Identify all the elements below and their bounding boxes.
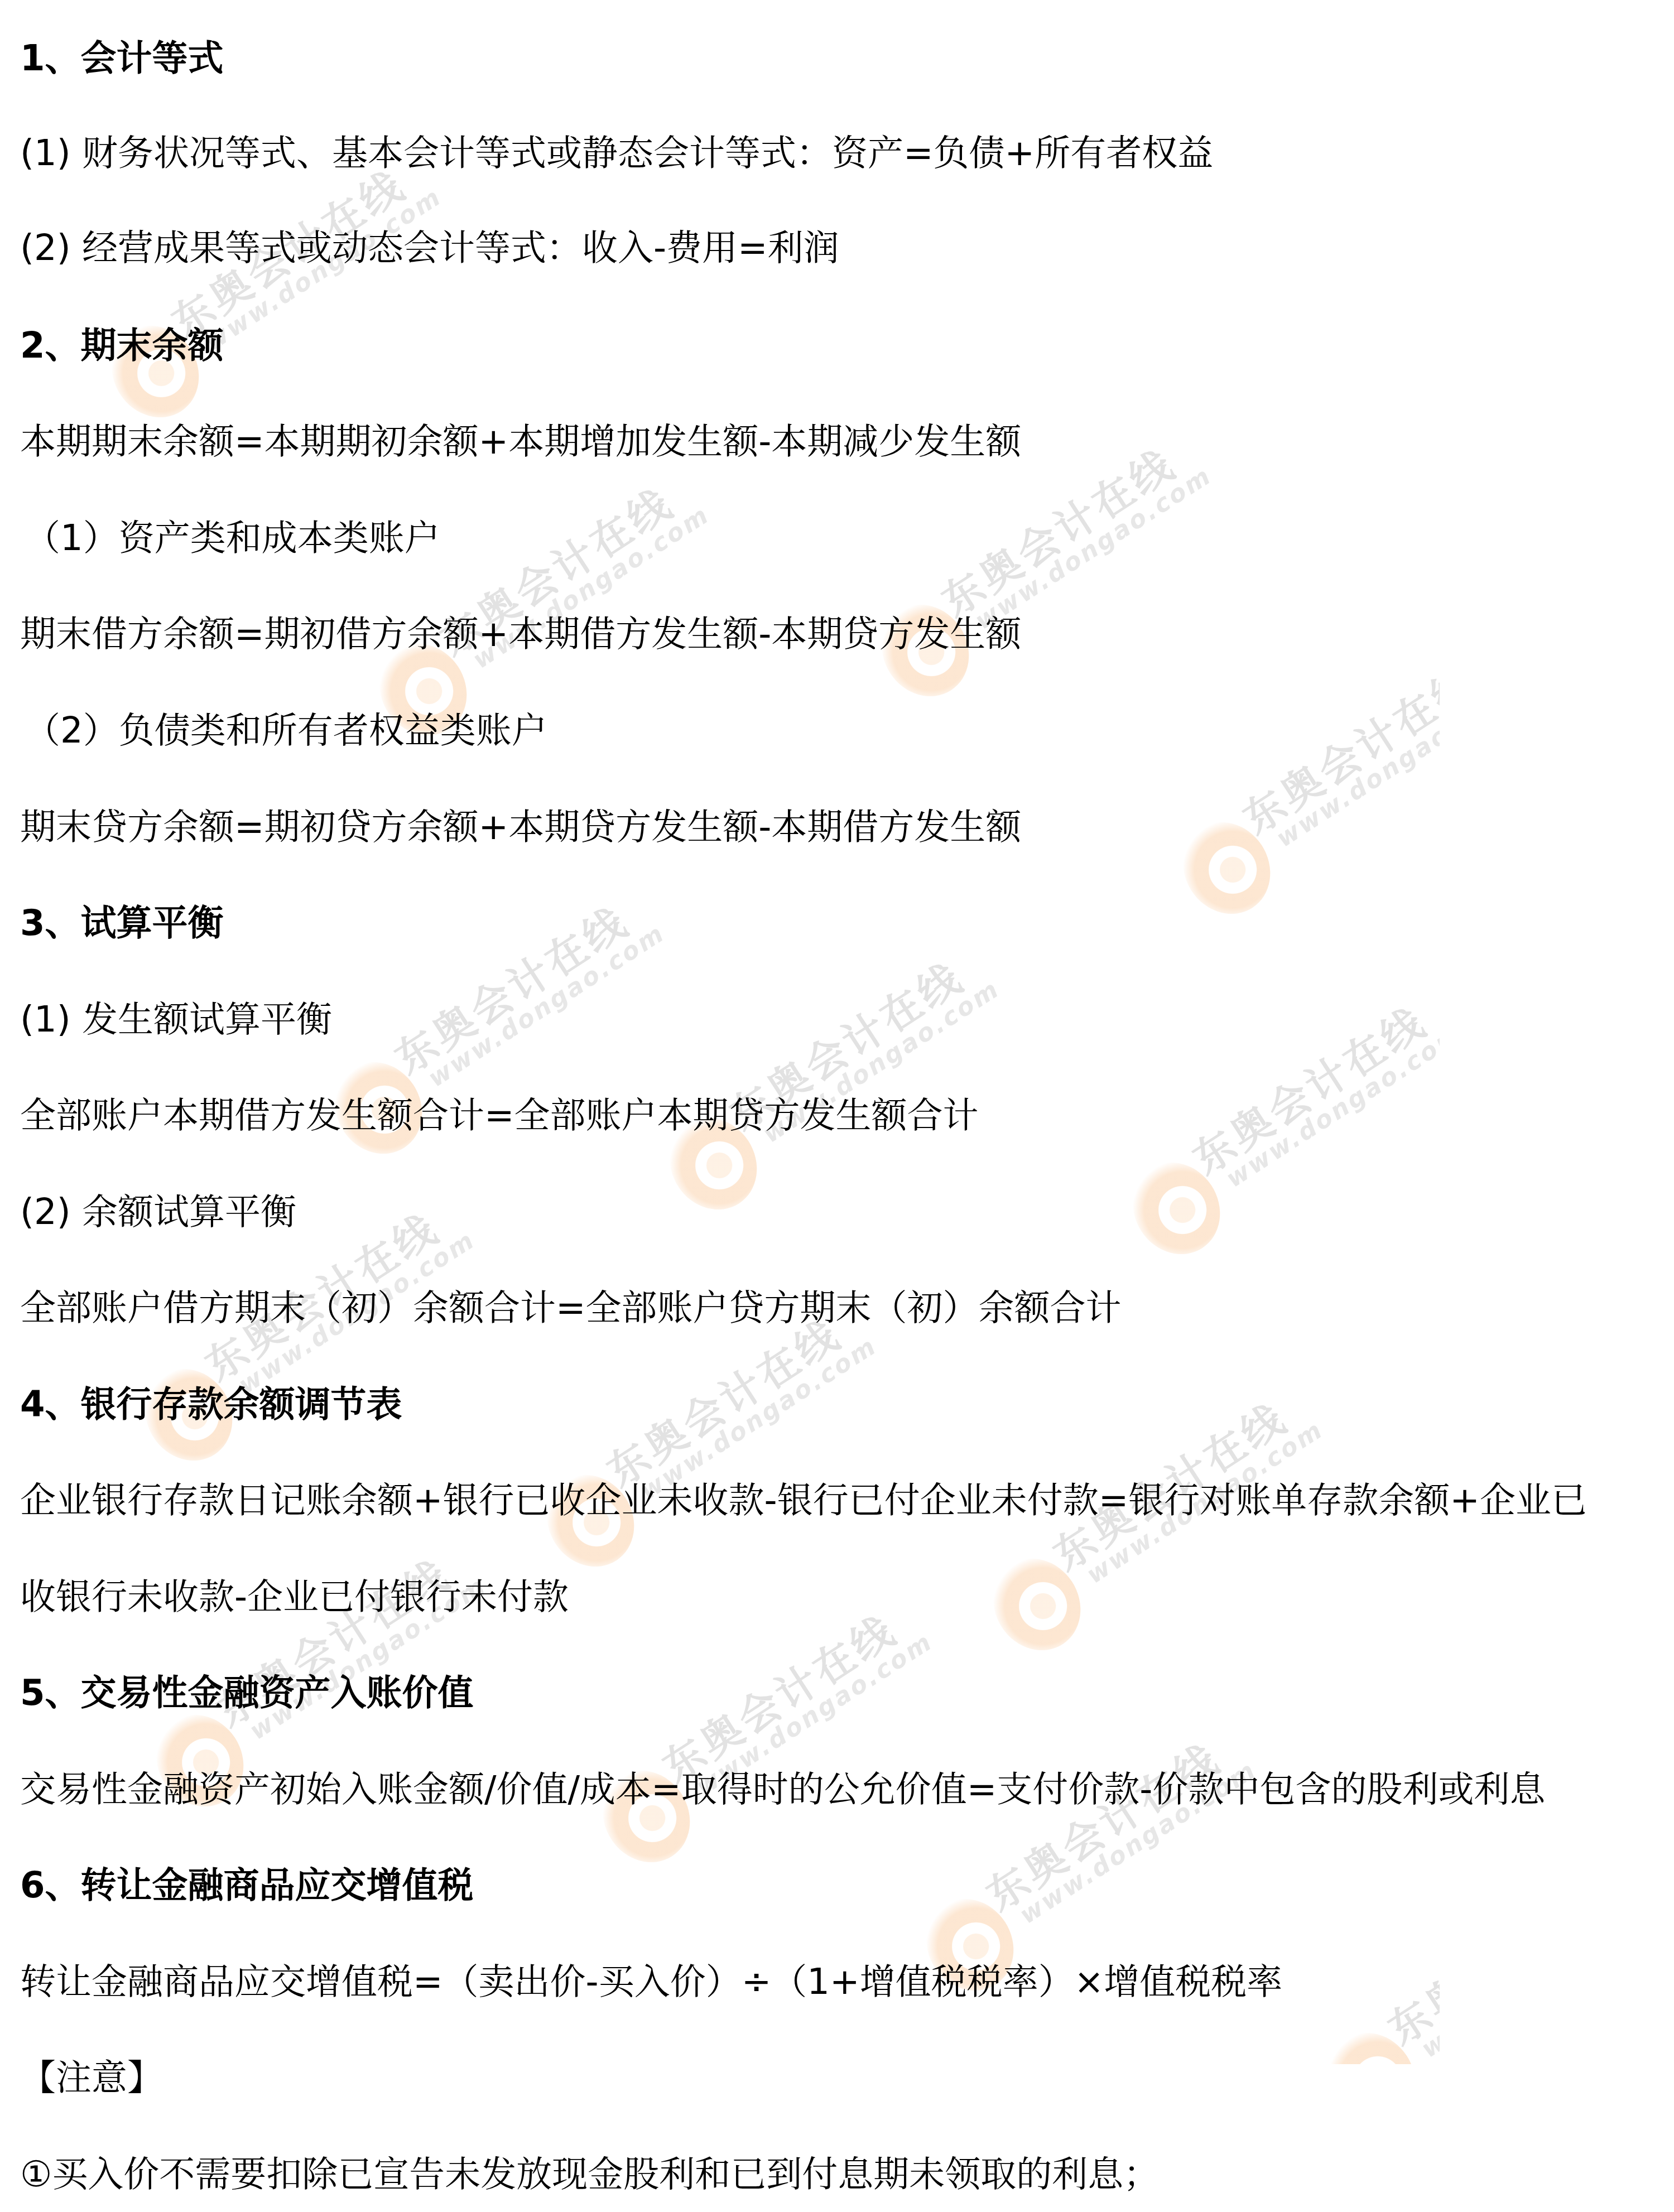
watermark-title: 东奥会计在线 <box>973 1727 1230 1922</box>
section-heading-4: 4、银行存款余额调节表 <box>20 1382 402 1427</box>
section-heading-1: 1、会计等式 <box>20 36 224 81</box>
watermark: 东奥会计在线 www.dongao.com <box>837 421 1190 732</box>
watermark: 东奥会计在线 www.dongao.com <box>1138 639 1440 950</box>
watermark-logo-icon <box>976 1542 1098 1667</box>
watermark-logo-icon <box>1115 1146 1237 1271</box>
section-heading-6: 6、转让金融商品应交增值税 <box>20 1863 474 1908</box>
text-line: 全部账户借方期末（初）余额合计=全部账户贷方期末（初）余额合计 <box>20 1286 1122 1331</box>
section-heading-3: 3、试算平衡 <box>20 901 224 946</box>
note-item: ①买入价不需要扣除已宣告未发放现金股利和已到付息期未领取的利息； <box>20 2152 1159 2197</box>
watermark-title: 东奥会计在线 <box>650 1599 906 1794</box>
watermark: 东奥会计在线 www.dongao.com <box>625 934 978 1245</box>
watermark-logo-icon <box>1311 2016 1432 2064</box>
text-line: 收银行未收款-企业已付银行未付款 <box>20 1575 569 1620</box>
watermark-title: 东奥会计在线 <box>1180 991 1436 1186</box>
text-line: (2) 经营成果等式或动态会计等式：收入-费用=利润 <box>20 226 839 271</box>
watermark-url: www.dongao.com <box>1271 678 1440 852</box>
text-line: 期末借方余额=期初借方余额+本期借方发生额-本期贷方发生额 <box>20 612 1021 657</box>
section-heading-2: 2、期末余额 <box>20 324 224 368</box>
watermark-title: 东奥会计在线 <box>1375 1861 1440 2056</box>
note-label: 【注意】 <box>20 2056 163 2100</box>
text-line: 交易性金融资产初始入账金额/价值/成本=取得时的公允价值=支付价款-价款中包含的… <box>20 1767 1545 1812</box>
watermark-title: 东奥会计在线 <box>594 1303 850 1498</box>
watermark: 东奥会计在线 www.dongao.com <box>949 1375 1302 1686</box>
watermark-url: www.dongao.com <box>970 461 1217 635</box>
text-line: (2) 余额试算平衡 <box>20 1190 296 1235</box>
watermark: 东奥会计在线 www.dongao.com <box>1088 979 1440 1290</box>
watermark-title: 东奥会计在线 <box>1230 650 1440 846</box>
text-line: (1) 发生额试算平衡 <box>20 997 332 1042</box>
watermark-url: www.dongao.com <box>423 918 670 1092</box>
watermark: 东奥会计在线 www.dongao.com <box>290 879 643 1189</box>
section-heading-5: 5、交易性金融资产入账价值 <box>20 1671 474 1715</box>
watermark: 东奥会计在线 www.dongao.com <box>502 1291 855 1602</box>
text-line: 转让金融商品应交增值税=（卖出价-买入价）÷（1+增值税税率）×增值税税率 <box>20 1960 1282 2004</box>
watermark: 东奥会计在线 www.dongao.com <box>67 142 420 453</box>
watermark: 东奥会计在线 www.dongao.com <box>558 1587 911 1898</box>
text-line: （2）负债类和所有者权益类账户 <box>25 709 547 753</box>
text-line: 期末贷方余额=期初贷方余额+本期贷方发生额-本期借方发生额 <box>20 805 1021 850</box>
watermark-title: 东奥会计在线 <box>382 890 638 1086</box>
text-line: 企业银行存款日记账余额+银行已收企业未收款-银行已付企业未付款=银行对账单存款余… <box>20 1478 1587 1523</box>
text-line: (1) 财务状况等式、基本会计等式或静态会计等式：资产=负债+所有者权益 <box>20 131 1213 176</box>
watermark-logo-icon <box>1166 806 1287 931</box>
text-line: 全部账户本期借方发生额合计=全部账户本期贷方发生额合计 <box>20 1093 979 1138</box>
text-line: （1）资产类和成本类账户 <box>25 516 440 561</box>
watermark-url: www.dongao.com <box>1416 1889 1440 2063</box>
watermark-url: www.dongao.com <box>1221 1019 1440 1193</box>
text-line: 本期期末余额=本期期初余额+本期增加发生额-本期减少发生额 <box>20 420 1021 464</box>
watermark: 东奥会计在线 www.dongao.com <box>1283 1849 1440 2064</box>
